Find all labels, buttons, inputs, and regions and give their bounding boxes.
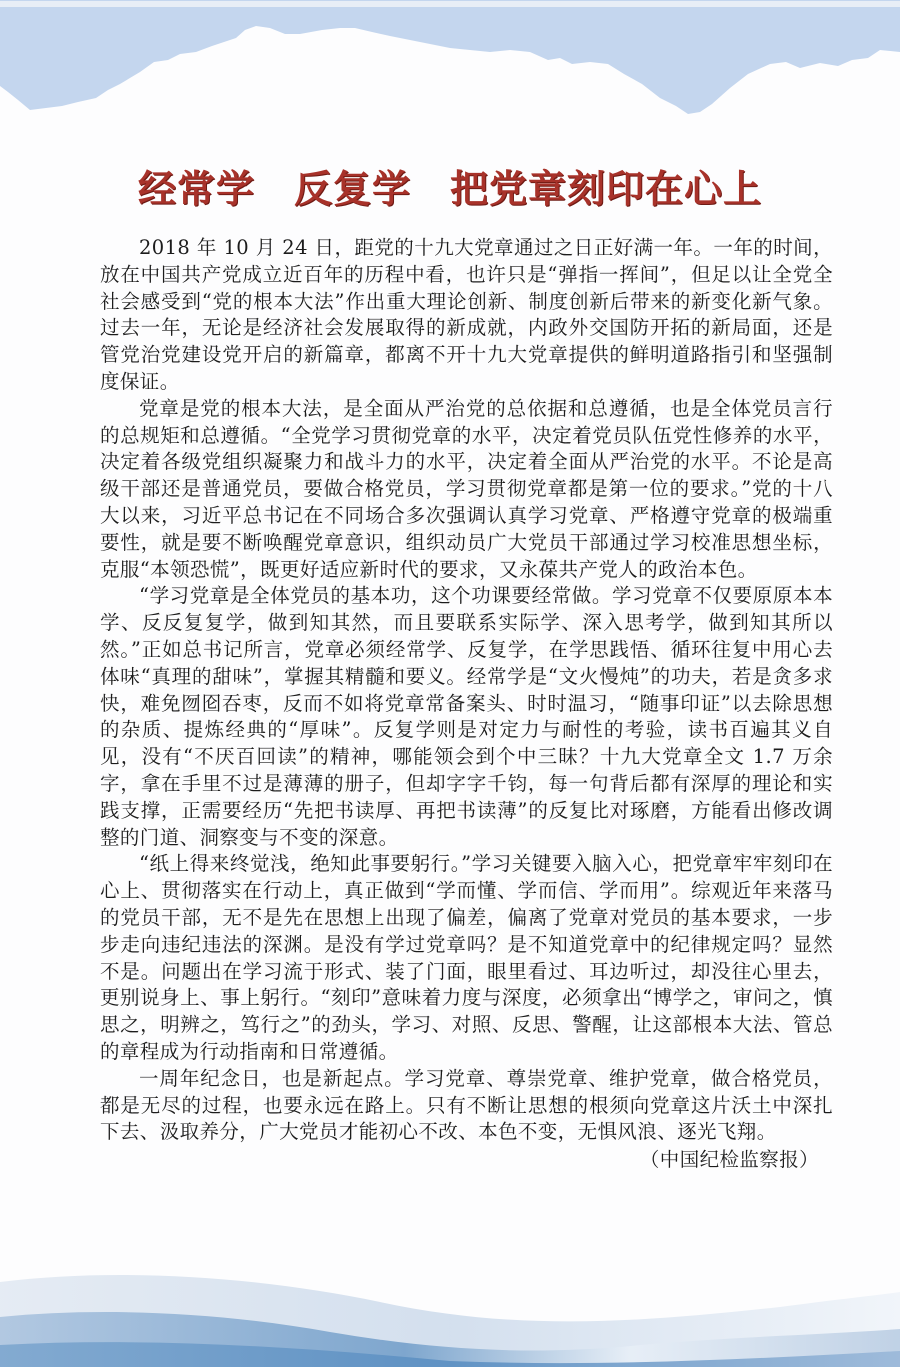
paragraph: “学习党章是全体党员的基本功，这个功课要经常做。学习党章不仅要原原本本学、反反复…: [100, 583, 833, 851]
paragraph: 一周年纪念日，也是新起点。学习党章、尊崇党章、维护党章，做合格党员，都是无尽的过…: [100, 1066, 833, 1146]
mountain-header-decoration: [0, 0, 900, 140]
article-source: （中国纪检监察报）: [100, 1147, 833, 1174]
article-title: 经常学 反复学 把党章刻印在心上: [0, 158, 900, 213]
article-body: 2018 年 10 月 24 日，距党的十九大党章通过之日正好满一年。一年的时间…: [100, 235, 833, 1174]
wave-footer-decoration: [0, 1237, 900, 1367]
paragraph: 2018 年 10 月 24 日，距党的十九大党章通过之日正好满一年。一年的时间…: [100, 235, 833, 396]
paragraph: “纸上得来终觉浅，绝知此事要躬行。”学习关键要入脑入心，把党章牢牢刻印在心上、贯…: [100, 851, 833, 1065]
paragraph: 党章是党的根本大法，是全面从严治党的总依据和总遵循，也是全体党员言行的总规矩和总…: [100, 396, 833, 584]
